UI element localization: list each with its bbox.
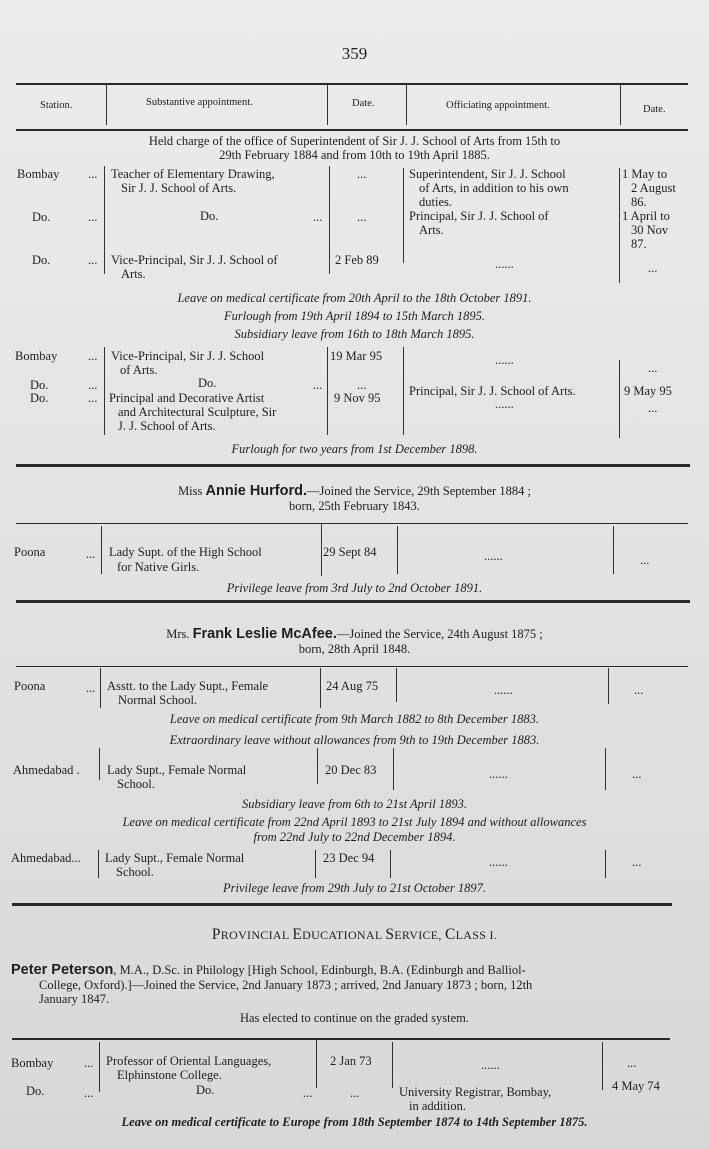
- station-cell: Do.: [26, 1084, 44, 1098]
- header-date-officiating: Date.: [643, 104, 665, 115]
- officiating-date-cell: ...: [648, 401, 657, 415]
- col-divider: [403, 168, 404, 263]
- person-heading: Miss Annie Hurford.—Joined the Service, …: [0, 484, 709, 498]
- col-divider: [329, 166, 330, 274]
- date-cell: 2 Jan 73: [330, 1054, 372, 1068]
- substantive-cell: Arts.: [121, 267, 146, 281]
- col-divider: [620, 85, 621, 125]
- held-charge-note: Held charge of the office of Superintend…: [0, 134, 709, 148]
- officiating-date-cell: ...: [640, 553, 649, 567]
- leave-note: Furlough for two years from 1st December…: [0, 441, 709, 457]
- officiating-date-cell: ...: [634, 683, 643, 697]
- date-cell: ...: [357, 167, 366, 181]
- leader-dots: ...: [88, 391, 97, 405]
- col-divider: [104, 166, 105, 274]
- officiating-cell: ......: [489, 855, 508, 869]
- date-cell: ...: [350, 1086, 359, 1100]
- col-divider: [605, 748, 606, 790]
- col-divider: [321, 524, 322, 576]
- officiating-date-cell: ...: [648, 261, 657, 275]
- heading-part: LASS I.: [456, 928, 497, 942]
- section-heading: PROVINCIAL EDUCATIONAL SERVICE, CLASS I.: [0, 926, 709, 944]
- person-name: Peter Peterson: [11, 962, 113, 978]
- col-divider: [317, 748, 318, 784]
- leave-note: Leave on medical certificate from 22nd A…: [0, 814, 709, 830]
- officiating-cell: Arts.: [419, 223, 444, 237]
- service-join-info: —Joined the Service, 29th September 1884…: [307, 484, 531, 498]
- header-date: Date.: [352, 98, 374, 109]
- bio-line: , M.A., D.Sc. in Philology [High School,…: [113, 963, 525, 977]
- officiating-date-cell: 4 May 74: [612, 1079, 660, 1093]
- officiating-date-cell: 2 August: [631, 181, 676, 195]
- header-officiating: Officiating appointment.: [446, 100, 550, 111]
- col-divider: [619, 168, 620, 283]
- row-rule: [12, 1038, 670, 1040]
- officiating-cell: ......: [481, 1058, 500, 1072]
- heading-part: P: [212, 926, 221, 943]
- substantive-cell: Lady Supt., Female Normal: [105, 851, 244, 865]
- station-cell: Bombay: [11, 1056, 53, 1070]
- leave-note: Privilege leave from 29th July to 21st O…: [0, 880, 709, 896]
- substantive-cell: Sir J. J. School of Arts.: [121, 181, 236, 195]
- person-heading: Mrs. Frank Leslie McAfee.—Joined the Ser…: [0, 627, 709, 641]
- col-divider: [619, 360, 620, 438]
- leader-dots: ...: [88, 378, 97, 392]
- col-divider: [406, 85, 407, 125]
- station-cell: Bombay: [15, 349, 57, 363]
- col-divider: [396, 668, 397, 702]
- officiating-cell: Superintendent, Sir J. J. School: [409, 167, 566, 181]
- col-divider: [602, 1042, 603, 1090]
- header-station: Station.: [40, 100, 72, 111]
- officiating-date-cell: 87.: [631, 237, 647, 251]
- officiating-date-cell: ...: [632, 767, 641, 781]
- col-divider: [390, 850, 391, 878]
- date-cell: 9 Nov 95: [334, 391, 381, 405]
- row-rule: [16, 666, 688, 667]
- col-divider: [613, 526, 614, 574]
- leave-note: Leave on medical certificate from 9th Ma…: [0, 711, 709, 727]
- date-cell: 2 Feb 89: [335, 253, 379, 267]
- officiating-cell: ......: [484, 549, 503, 563]
- bio-line: January 1847.: [39, 992, 109, 1006]
- name-prefix: Miss: [178, 484, 202, 498]
- row-rule: [16, 523, 688, 524]
- officiating-date-cell: 30 Nov: [631, 223, 668, 237]
- officiating-date-cell: 9 May 95: [624, 384, 672, 398]
- substantive-cell: for Native Girls.: [117, 560, 199, 574]
- col-divider: [104, 347, 105, 435]
- leader-dots: ...: [88, 253, 97, 267]
- leave-note: Furlough from 19th April 1894 to 15th Ma…: [0, 308, 709, 324]
- header-substantive: Substantive appointment.: [146, 97, 253, 108]
- col-divider: [605, 850, 606, 878]
- officiating-date-cell: ...: [648, 361, 657, 375]
- graded-note: Has elected to continue on the graded sy…: [0, 1011, 709, 1025]
- officiating-date-cell: 1 April to: [622, 209, 670, 223]
- col-divider: [99, 1042, 100, 1092]
- substantive-cell: of Arts.: [120, 363, 158, 377]
- col-divider: [320, 668, 321, 708]
- station-cell: Ahmedabad...: [11, 851, 81, 865]
- leader-dots: ...: [88, 167, 97, 181]
- leave-note: Subsidiary leave from 16th to 18th March…: [0, 326, 709, 342]
- header-top-rule: [16, 83, 688, 85]
- substantive-cell: Do.: [196, 1083, 214, 1097]
- officiating-date-cell: 86.: [631, 195, 647, 209]
- officiating-cell: Principal, Sir J. J. School of: [409, 209, 549, 223]
- scanned-page: 359 Station. Substantive appointment. Da…: [0, 0, 709, 1149]
- section-rule: [16, 600, 690, 603]
- officiating-date-cell: ...: [627, 1056, 636, 1070]
- heading-part: C: [445, 926, 456, 943]
- date-cell: ...: [357, 378, 366, 392]
- substantive-cell: School.: [117, 777, 155, 791]
- leader-dots: ...: [84, 1086, 93, 1100]
- leave-note: Leave on medical certificate to Europe f…: [0, 1114, 709, 1130]
- leader-dots: ...: [88, 210, 97, 224]
- col-divider: [99, 748, 100, 780]
- officiating-cell: of Arts, in addition to his own: [419, 181, 569, 195]
- officiating-cell: University Registrar, Bombay,: [399, 1085, 551, 1099]
- station-cell: Poona: [14, 545, 45, 559]
- header-bottom-rule: [16, 129, 688, 131]
- substantive-cell: and Architectural Sculpture, Sir: [118, 405, 276, 419]
- section-rule: [16, 464, 690, 467]
- name-prefix: Mrs.: [166, 627, 189, 641]
- section-rule: [12, 903, 672, 906]
- officiating-cell: ......: [494, 683, 513, 697]
- substantive-cell: Lady Supt. of the High School: [109, 545, 262, 559]
- officiating-date-cell: 1 May to: [622, 167, 667, 181]
- leader-dots: ...: [84, 1056, 93, 1070]
- service-join-info: —Joined the Service, 24th August 1875 ;: [337, 627, 543, 641]
- station-cell: Do.: [30, 391, 48, 405]
- leave-note: from 22nd July to 22nd December 1894.: [0, 829, 709, 845]
- birth-info: born, 25th February 1843.: [0, 499, 709, 513]
- substantive-cell: Principal and Decorative Artist: [109, 391, 264, 405]
- officiating-cell: ......: [495, 397, 514, 411]
- station-cell: Ahmedabad .: [13, 763, 80, 777]
- date-cell: 23 Dec 94: [323, 851, 374, 865]
- person-bio: Peter Peterson, M.A., D.Sc. in Philology…: [11, 963, 526, 977]
- leave-note: Leave on medical certificate from 20th A…: [0, 290, 709, 306]
- birth-info: born, 28th April 1848.: [0, 642, 709, 656]
- leader-dots: ...: [303, 1086, 312, 1100]
- officiating-cell: ......: [495, 257, 514, 271]
- col-divider: [403, 347, 404, 435]
- bio-line: College, Oxford).]—Joined the Service, 2…: [39, 978, 532, 992]
- page-number: 359: [0, 44, 709, 64]
- substantive-cell: Asstt. to the Lady Supt., Female: [107, 679, 268, 693]
- held-charge-note-2: 29th February 1884 and from 10th to 19th…: [0, 148, 709, 162]
- substantive-cell: Elphinstone College.: [117, 1068, 222, 1082]
- col-divider: [393, 748, 394, 790]
- heading-part: ROVINCIAL: [221, 928, 293, 942]
- date-cell: 29 Sept 84: [323, 545, 376, 559]
- leave-note: Subsidiary leave from 6th to 21st April …: [0, 796, 709, 812]
- col-divider: [608, 668, 609, 704]
- substantive-cell: Vice-Principal, Sir J. J. School: [111, 349, 264, 363]
- col-divider: [106, 85, 107, 125]
- leader-dots: ...: [88, 349, 97, 363]
- substantive-cell: Do.: [198, 376, 216, 390]
- officiating-cell: in addition.: [409, 1099, 466, 1113]
- col-divider: [327, 347, 328, 435]
- leave-note: Privilege leave from 3rd July to 2nd Oct…: [0, 580, 709, 596]
- officiating-cell: ......: [489, 767, 508, 781]
- substantive-cell: Do.: [200, 209, 218, 223]
- heading-part: ERVICE,: [394, 928, 445, 942]
- station-cell: Do.: [30, 378, 48, 392]
- station-cell: Poona: [14, 679, 45, 693]
- date-cell: 24 Aug 75: [326, 679, 378, 693]
- substantive-cell: Professor of Oriental Languages,: [106, 1054, 271, 1068]
- station-cell: Bombay: [17, 167, 59, 181]
- col-divider: [397, 526, 398, 574]
- leader-dots: ...: [86, 547, 95, 561]
- person-name: Frank Leslie McAfee.: [193, 626, 337, 642]
- leave-note: Extraordinary leave without allowances f…: [0, 732, 709, 748]
- col-divider: [327, 85, 328, 125]
- officiating-cell: Principal, Sir J. J. School of Arts.: [409, 384, 576, 398]
- col-divider: [98, 850, 99, 878]
- date-cell: 20 Dec 83: [325, 763, 376, 777]
- substantive-cell: J. J. School of Arts.: [118, 419, 216, 433]
- col-divider: [392, 1042, 393, 1088]
- col-divider: [101, 526, 102, 574]
- officiating-cell: ......: [495, 353, 514, 367]
- person-name: Annie Hurford.: [206, 483, 308, 499]
- heading-part: DUCATIONAL: [302, 928, 385, 942]
- substantive-cell: Normal School.: [118, 693, 197, 707]
- substantive-cell: Lady Supt., Female Normal: [107, 763, 246, 777]
- leader-dots: ...: [86, 681, 95, 695]
- heading-part: E: [292, 926, 302, 943]
- substantive-cell: Teacher of Elementary Drawing,: [111, 167, 275, 181]
- col-divider: [100, 668, 101, 708]
- date-cell: 19 Mar 95: [330, 349, 382, 363]
- col-divider: [316, 1040, 317, 1088]
- leader-dots: ...: [313, 378, 322, 392]
- station-cell: Do.: [32, 210, 50, 224]
- heading-part: S: [385, 926, 394, 943]
- officiating-cell: duties.: [419, 195, 452, 209]
- col-divider: [315, 850, 316, 878]
- substantive-cell: School.: [116, 865, 154, 879]
- date-cell: ...: [357, 210, 366, 224]
- leader-dots: ...: [313, 210, 322, 224]
- substantive-cell: Vice-Principal, Sir J. J. School of: [111, 253, 278, 267]
- officiating-date-cell: ...: [632, 855, 641, 869]
- station-cell: Do.: [32, 253, 50, 267]
